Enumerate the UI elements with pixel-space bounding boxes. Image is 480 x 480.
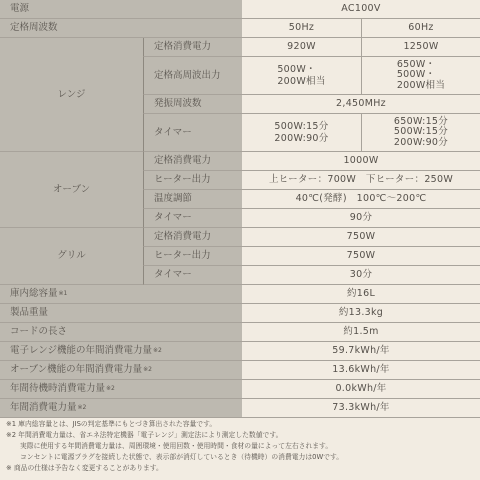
annual-range-label-text: 電子レンジ機能の年間消費電力量 <box>10 345 152 356</box>
label-power-source: 電源 <box>0 0 242 19</box>
annual-oven-label-text: オーブン機能の年間消費電力量 <box>10 364 142 375</box>
value-grill-rated-power: 750W <box>242 228 480 247</box>
footnote-mark: ※2 <box>106 385 115 392</box>
value-weight: 約13.3kg <box>242 304 480 323</box>
footnote-disclaimer: ※ 商品の仕様は予告なく変更することがあります。 <box>6 463 480 474</box>
footnote-mark: ※2 <box>143 366 152 373</box>
value-oven-timer: 90分 <box>242 209 480 228</box>
footnote-mark: ※1 <box>59 290 68 297</box>
label-range-rated-power: 定格消費電力 <box>143 38 242 57</box>
value-capacity: 約16L <box>242 285 480 304</box>
value-annual-total: 73.3kWh/年 <box>242 399 480 418</box>
footnote-mark: ※2 <box>78 404 87 411</box>
hf-output-60hz-text: 650W・ 500W・ 200W相当 <box>397 60 445 91</box>
value-range-hf-output-50hz: 500W・ 200W相当 <box>242 57 362 95</box>
value-oven-temperature: 40℃(発酵) 100℃～200℃ <box>242 190 480 209</box>
value-grill-timer: 30分 <box>242 266 480 285</box>
annual-standby-label-text: 年間待機時消費電力量 <box>10 383 105 394</box>
label-grill: グリル <box>0 228 143 285</box>
footnote-2: ※2 年間消費電力量は、省エネ法特定機器「電子レンジ」測定法により測定した数値で… <box>6 430 480 441</box>
label-cord-length: コードの長さ <box>0 323 242 342</box>
label-annual-range: 電子レンジ機能の年間消費電力量※2 <box>0 342 242 361</box>
footnote-2-detail: 実際に使用する年間消費電力量は、周囲環境・使用回数・使用時間・食材の量によって左… <box>6 441 480 452</box>
value-grill-heater-output: 750W <box>242 247 480 266</box>
footnote-1: ※1 庫内総容量とは、JISの判定基準にもとづき算出された容量です。 <box>6 419 480 430</box>
label-oven: オーブン <box>0 152 143 228</box>
label-oven-rated-power: 定格消費電力 <box>143 152 242 171</box>
label-frequency: 定格周波数 <box>0 19 242 38</box>
footnotes: ※1 庫内総容量とは、JISの判定基準にもとづき算出された容量です。 ※2 年間… <box>0 418 480 474</box>
value-oven-heater-output: 上ヒーター：700W 下ヒーター：250W <box>242 171 480 190</box>
value-range-timer-50hz: 500W:15分 200W:90分 <box>242 114 362 152</box>
value-range-timer-60hz: 650W:15分 500W:15分 200W:90分 <box>362 114 480 152</box>
footnote-2-standby: コンセントに電源プラグを接続した状態で、表示部が消灯しているとき（待機時）の消費… <box>6 452 480 463</box>
value-annual-oven: 13.6kWh/年 <box>242 361 480 380</box>
label-grill-heater-output: ヒーター出力 <box>143 247 242 266</box>
label-oven-temperature: 温度調節 <box>143 190 242 209</box>
label-oven-timer: タイマー <box>143 209 242 228</box>
range-timer-50hz-text: 500W:15分 200W:90分 <box>274 121 328 144</box>
spec-table: 電源 AC100V 定格周波数 50Hz 60Hz レンジ 定格消費電力 920… <box>0 0 480 418</box>
value-frequency-50hz: 50Hz <box>242 19 362 38</box>
annual-total-label-text: 年間消費電力量 <box>10 402 77 413</box>
value-range-rated-power-50hz: 920W <box>242 38 362 57</box>
footnote-mark: ※2 <box>153 347 162 354</box>
label-annual-total: 年間消費電力量※2 <box>0 399 242 418</box>
label-oven-heater-output: ヒーター出力 <box>143 171 242 190</box>
label-range-osc-frequency: 発振周波数 <box>143 95 242 114</box>
label-range: レンジ <box>0 38 143 152</box>
label-grill-timer: タイマー <box>143 266 242 285</box>
value-annual-range: 59.7kWh/年 <box>242 342 480 361</box>
label-annual-oven: オーブン機能の年間消費電力量※2 <box>0 361 242 380</box>
label-capacity: 庫内総容量※1 <box>0 285 242 304</box>
label-range-hf-output: 定格高周波出力 <box>143 57 242 95</box>
range-timer-60hz-text: 650W:15分 500W:15分 200W:90分 <box>394 117 448 148</box>
value-range-rated-power-60hz: 1250W <box>362 38 480 57</box>
value-frequency-60hz: 60Hz <box>362 19 480 38</box>
label-range-timer: タイマー <box>143 114 242 152</box>
label-annual-standby: 年間待機時消費電力量※2 <box>0 380 242 399</box>
value-annual-standby: 0.0kWh/年 <box>242 380 480 399</box>
capacity-label-text: 庫内総容量 <box>10 288 58 299</box>
hf-output-50hz-text: 500W・ 200W相当 <box>277 64 325 87</box>
value-cord-length: 約1.5m <box>242 323 480 342</box>
value-range-hf-output-60hz: 650W・ 500W・ 200W相当 <box>362 57 480 95</box>
value-power-source: AC100V <box>242 0 480 19</box>
label-weight: 製品重量 <box>0 304 242 323</box>
label-grill-rated-power: 定格消費電力 <box>143 228 242 247</box>
value-range-osc-frequency: 2,450MHz <box>242 95 480 114</box>
value-oven-rated-power: 1000W <box>242 152 480 171</box>
